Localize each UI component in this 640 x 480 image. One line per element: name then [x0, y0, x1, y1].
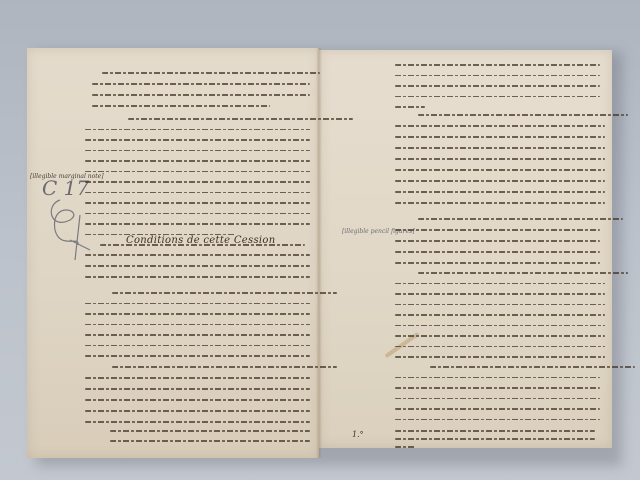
handwriting-line [85, 160, 310, 162]
handwriting-line [395, 262, 600, 264]
handwriting-line [85, 410, 310, 412]
handwriting-line [395, 335, 605, 337]
handwriting-line [395, 304, 605, 306]
handwriting-line [85, 150, 310, 152]
handwriting-line [85, 313, 310, 315]
handwriting-line [395, 169, 605, 171]
handwriting-line [395, 408, 600, 410]
handwriting-line [85, 377, 310, 379]
handwriting-line [395, 398, 600, 400]
handwriting-line [418, 218, 623, 220]
handwriting-line [92, 105, 270, 107]
handwriting-line [395, 356, 605, 358]
handwriting-line [128, 118, 353, 120]
handwriting-line [85, 254, 310, 256]
handwriting-line [395, 419, 600, 421]
handwriting-line [395, 251, 600, 253]
handwriting-line [92, 83, 310, 85]
handwriting-line [395, 202, 605, 204]
handwriting-line [85, 234, 235, 236]
handwriting-line [85, 355, 310, 357]
handwriting-line [395, 293, 605, 295]
handwriting-line [102, 72, 320, 74]
page-fold [316, 48, 322, 458]
handwriting-line [85, 276, 310, 278]
handwriting-line [395, 387, 600, 389]
handwriting-line [395, 430, 595, 432]
handwriting-line [430, 366, 635, 368]
handwriting-line [418, 114, 628, 116]
handwriting-line [418, 272, 628, 274]
handwriting-line [395, 377, 600, 379]
handwriting-line [92, 94, 310, 96]
pencil-figures: [illegible pencil figures] [342, 228, 372, 236]
handwriting-line [85, 324, 310, 326]
handwriting-line [112, 366, 337, 368]
handwriting-line [395, 446, 415, 448]
handwriting-line [85, 334, 310, 336]
handwriting-line [85, 139, 310, 141]
handwriting-line [85, 303, 310, 305]
handwriting-line [85, 345, 310, 347]
handwriting-line [395, 191, 605, 193]
handwriting-line [395, 125, 605, 127]
handwriting-line [100, 244, 305, 246]
handwriting-line [85, 171, 310, 173]
handwriting-line [85, 265, 310, 267]
bottom-margin-mark: 1.° [352, 430, 364, 439]
handwriting-line [395, 158, 605, 160]
handwriting-line [395, 438, 595, 440]
handwriting-line [395, 147, 605, 149]
handwriting-line [395, 283, 605, 285]
handwriting-line [395, 106, 425, 108]
handwriting-line [110, 430, 310, 432]
handwriting-line [85, 421, 310, 423]
handwriting-line [85, 192, 310, 194]
handwriting-line [85, 181, 310, 183]
handwriting-line [395, 75, 600, 77]
handwriting-line [395, 325, 605, 327]
handwriting-line [395, 346, 605, 348]
handwriting-line [85, 223, 310, 225]
handwriting-line [395, 314, 605, 316]
handwriting-line [85, 202, 310, 204]
handwriting-line [395, 85, 600, 87]
handwriting-line [395, 136, 605, 138]
handwriting-line [395, 64, 600, 66]
handwriting-line [112, 292, 337, 294]
handwriting-line [395, 229, 600, 231]
handwriting-line [85, 388, 310, 390]
handwriting-line [85, 399, 310, 401]
handwriting-line [85, 129, 310, 131]
handwriting-line [395, 240, 600, 242]
handwriting-line [110, 440, 310, 442]
handwriting-line [395, 96, 600, 98]
handwriting-line [85, 213, 310, 215]
handwriting-line [395, 180, 605, 182]
